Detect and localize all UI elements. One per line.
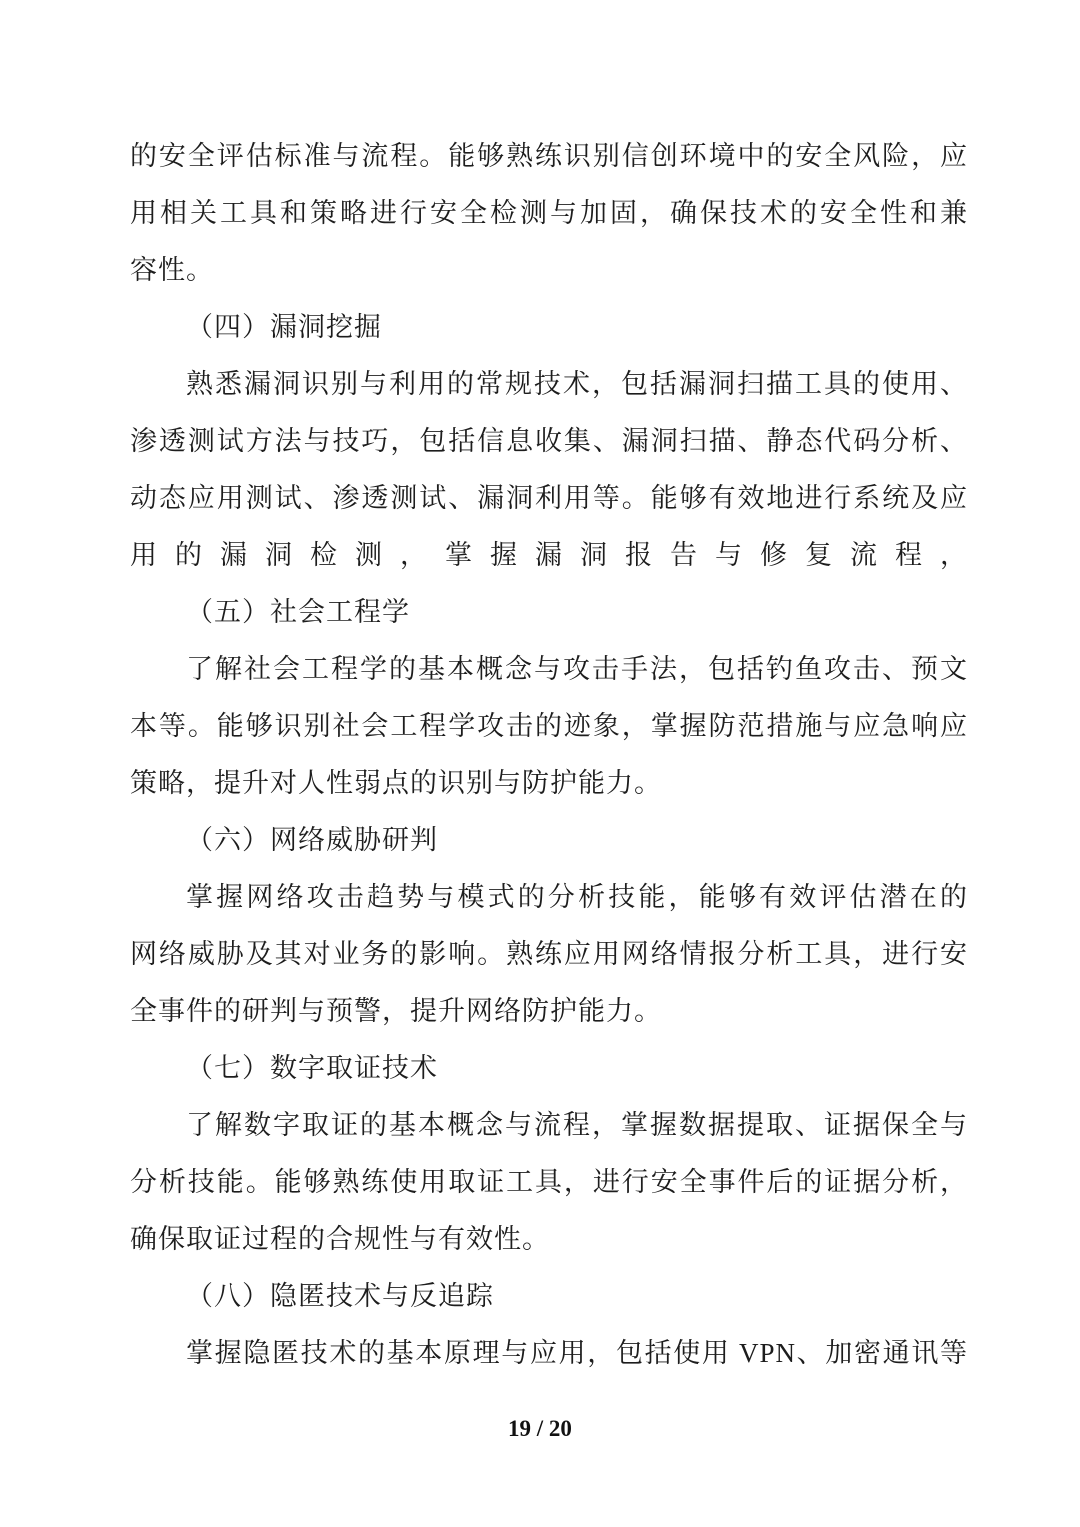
page-number: 19 / 20 <box>0 1416 1080 1442</box>
body-line: 容性。 <box>130 242 968 299</box>
body-line: 渗透测试方法与技巧，包括信息收集、漏洞扫描、静态代码分析、 <box>130 413 968 470</box>
body-line: 分析技能。能够熟练使用取证工具，进行安全事件后的证据分析， <box>130 1154 968 1211</box>
body-line: 的安全评估标准与流程。能够熟练识别信创环境中的安全风险，应 <box>130 128 968 185</box>
body-line: 用相关工具和策略进行安全检测与加固，确保技术的安全性和兼 <box>130 185 968 242</box>
section-heading: （七）数字取证技术 <box>130 1040 968 1097</box>
body-line: 了解社会工程学的基本概念与攻击手法，包括钓鱼攻击、预文 <box>130 641 968 698</box>
body-line: 用的漏洞检测，掌握漏洞报告与修复流程，提升系统整体的安全性。 <box>130 527 968 584</box>
section-heading: （六）网络威胁研判 <box>130 812 968 869</box>
body-line: 本等。能够识别社会工程学攻击的迹象，掌握防范措施与应急响应 <box>130 698 968 755</box>
body-line: 策略，提升对人性弱点的识别与防护能力。 <box>130 755 968 812</box>
section-heading: （八）隐匿技术与反追踪 <box>130 1268 968 1325</box>
body-line: 了解数字取证的基本概念与流程，掌握数据提取、证据保全与 <box>130 1097 968 1154</box>
body-line: 网络威胁及其对业务的影响。熟练应用网络情报分析工具，进行安 <box>130 926 968 983</box>
body-line: 动态应用测试、渗透测试、漏洞利用等。能够有效地进行系统及应 <box>130 470 968 527</box>
body-line: 掌握网络攻击趋势与模式的分析技能，能够有效评估潜在的 <box>130 869 968 926</box>
body-line: 确保取证过程的合规性与有效性。 <box>130 1211 968 1268</box>
body-line: 全事件的研判与预警，提升网络防护能力。 <box>130 983 968 1040</box>
document-page: 的安全评估标准与流程。能够熟练识别信创环境中的安全风险，应用相关工具和策略进行安… <box>0 0 1080 1527</box>
body-line: 掌握隐匿技术的基本原理与应用，包括使用 VPN、加密通讯等 <box>130 1325 968 1382</box>
body-line: 熟悉漏洞识别与利用的常规技术，包括漏洞扫描工具的使用、 <box>130 356 968 413</box>
page-body: 的安全评估标准与流程。能够熟练识别信创环境中的安全风险，应用相关工具和策略进行安… <box>130 128 968 1382</box>
section-heading: （四）漏洞挖掘 <box>130 299 968 356</box>
section-heading: （五）社会工程学 <box>130 584 968 641</box>
